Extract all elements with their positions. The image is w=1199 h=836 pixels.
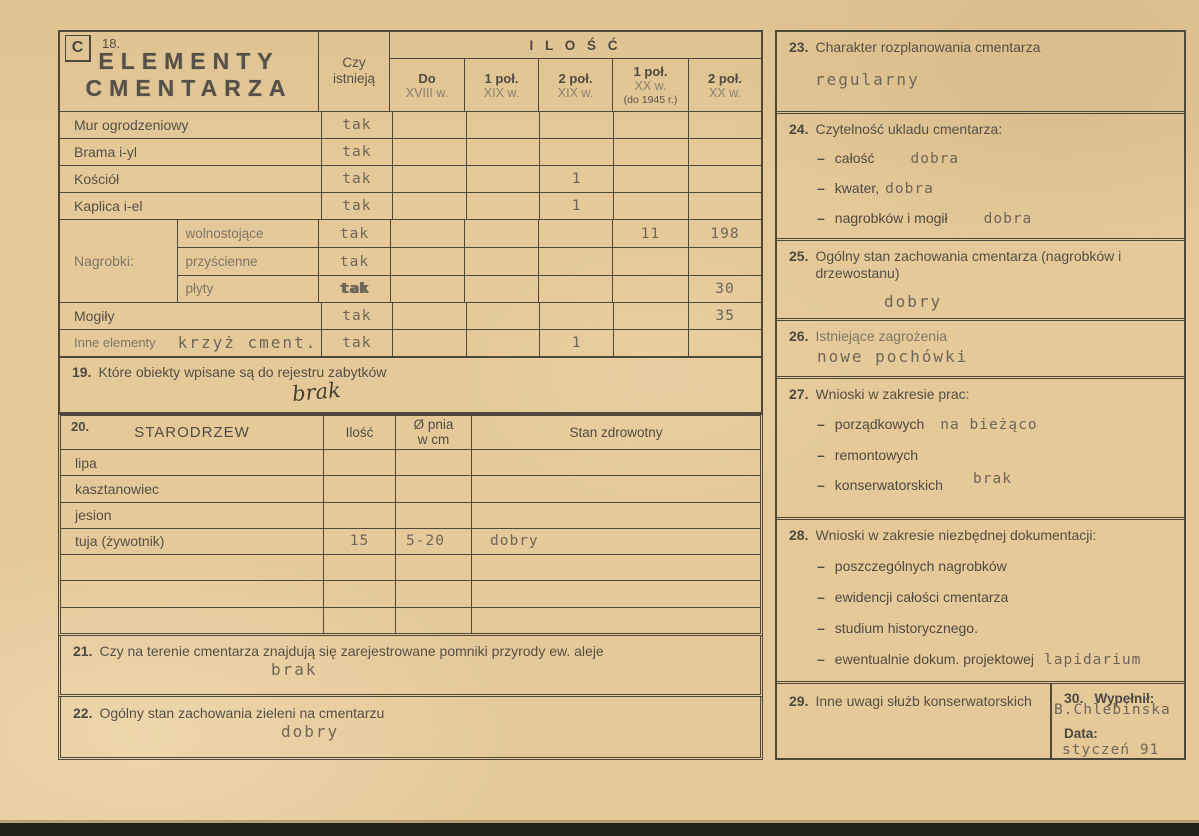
group-label: Nagrobki:	[60, 220, 177, 302]
section-27: 27. Wnioski w zakresie prac: porządkowyc…	[777, 376, 1184, 517]
column-header-period-2: 1 poł. XIX w.	[464, 59, 538, 111]
table-row: przyścienne tak	[178, 247, 762, 274]
date-label: Data:	[1064, 726, 1180, 741]
scanned-form-page: C 18. ELEMENTY CMENTARZA Czy istnieją I …	[0, 0, 1199, 836]
section-number: 28.	[789, 527, 808, 543]
table-row: Mogiły tak 35	[60, 302, 761, 329]
row-label: wolnostojące	[178, 220, 319, 247]
quantity-header: I L O Ś Ć	[390, 32, 761, 58]
typed-entry: dobra	[910, 151, 959, 167]
typed-entry: dobra	[984, 211, 1033, 227]
starodrzew-row	[61, 554, 760, 580]
row-label: Mur ogrodzeniowy	[60, 112, 321, 138]
list-item: kwater, dobra	[817, 180, 1176, 197]
section-number: 23.	[789, 39, 808, 55]
table-row: wolnostojące tak 11 198	[178, 220, 762, 247]
list-item: studium historycznego.	[817, 620, 1176, 636]
starodrzew-row	[61, 607, 760, 633]
section-24: 24. Czytelność ukladu cmentarza: całość …	[777, 111, 1184, 238]
row-label: Kaplica i-el	[60, 193, 321, 219]
exists-value: tak	[340, 254, 369, 270]
starodrzew-row: lipa	[61, 449, 760, 475]
section-number: 26.	[789, 328, 808, 344]
left-form: C 18. ELEMENTY CMENTARZA Czy istnieją I …	[58, 30, 763, 760]
period-value: 1	[572, 171, 582, 187]
section-21: 21. Czy na terenie cmentarza znajdują si…	[58, 636, 763, 697]
section-number: 24.	[789, 121, 808, 137]
species-label: lipa	[61, 450, 323, 475]
section-28: 28. Wnioski w zakresie niezbędnej dokume…	[777, 517, 1184, 681]
table-row: Brama i-yl tak	[60, 138, 761, 165]
section-number: 29.	[789, 693, 808, 709]
starodrzew-row	[61, 580, 760, 606]
handwritten-entry: brak	[291, 378, 342, 406]
form-title-line1: ELEMENTY	[60, 48, 318, 75]
section-26: 26. Istniejące zagrożenia nowe pochówki	[777, 318, 1184, 377]
species-label: kasztanowiec	[61, 476, 323, 501]
exists-value: tak	[342, 144, 371, 160]
species-label	[61, 581, 323, 606]
row-label: Inne elementy	[74, 335, 156, 350]
species-label	[61, 555, 323, 580]
column-header-diameter: Ø pnia w cm	[395, 416, 471, 449]
table-row: płyty tak 30	[178, 275, 762, 302]
starodrzew-table: 20. STARODRZEW Ilość Ø pnia w cm Stan zd…	[58, 414, 763, 636]
right-form: 23. Charakter rozplanowania cmentarza re…	[775, 30, 1186, 760]
section-label: Czytelność ukladu cmentarza:	[815, 121, 1002, 137]
period-value: 11	[641, 226, 660, 242]
column-header-exists: Czy istnieją	[318, 32, 389, 111]
section-number: 25.	[789, 248, 808, 264]
section-29: 29. Inne uwagi służb konserwatorskich	[777, 684, 1050, 758]
starodrzew-header: 20. STARODRZEW Ilość Ø pnia w cm Stan zd…	[61, 416, 760, 449]
section-label: Ogólny stan zachowania cmentarza (nagrob…	[815, 248, 1165, 282]
row-label: przyścienne	[178, 248, 319, 274]
section-number: 22.	[73, 705, 92, 721]
table-row: Inne elementy krzyż cment. tak 1	[60, 329, 761, 356]
section-23: 23. Charakter rozplanowania cmentarza re…	[777, 32, 1184, 111]
list-item: ewidencji całości cmentarza	[817, 589, 1176, 605]
list-item: nagrobków i mogił dobra	[817, 210, 1176, 227]
table-row: Kaplica i-el tak 1	[60, 192, 761, 219]
column-header-count: Ilość	[323, 416, 395, 449]
exists-value: tak	[342, 171, 371, 187]
typed-entry: na bieżąco	[940, 417, 1037, 433]
list-item: całość dobra	[817, 150, 1176, 167]
section-25: 25. Ogólny stan zachowania cmentarza (na…	[777, 238, 1184, 317]
section-number: 19.	[72, 364, 91, 380]
period-value: 30	[715, 281, 734, 297]
typed-entry: dobra	[885, 181, 934, 197]
column-header-period-1: Do XVIII w.	[390, 59, 464, 111]
species-label	[61, 608, 323, 633]
section-label: Czy na terenie cmentarza znajdują się za…	[99, 643, 603, 659]
column-header-period-4: 1 poł. XX w. (do 1945 r.)	[612, 59, 688, 111]
typed-entry: dobry	[281, 722, 339, 741]
list-item: poszczególnych nagrobków	[817, 558, 1176, 574]
section-label: Wnioski w zakresie prac:	[815, 386, 969, 402]
nagrobki-group: Nagrobki: wolnostojące tak 11 198 przyśc…	[60, 219, 761, 302]
exists-value: tak	[340, 226, 369, 242]
exists-value: tak	[342, 308, 371, 324]
elements-table-header: C 18. ELEMENTY CMENTARZA Czy istnieją I …	[60, 32, 761, 111]
exists-value: tak	[342, 198, 371, 214]
table-row: Kościół tak 1	[60, 165, 761, 192]
title-cell: C 18. ELEMENTY CMENTARZA	[60, 32, 318, 111]
section-label: Charakter rozplanowania cmentarza	[815, 39, 1040, 55]
section-29-30: 29. Inne uwagi służb konserwatorskich 30…	[777, 681, 1184, 758]
species-label: jesion	[61, 503, 323, 528]
list-item: porządkowych na bieżąco	[817, 416, 1176, 433]
section-label: Inne uwagi służb konserwatorskich	[815, 693, 1031, 709]
section-number: 21.	[73, 643, 92, 659]
elements-table: C 18. ELEMENTY CMENTARZA Czy istnieją I …	[58, 30, 763, 358]
typed-entry: regularny	[815, 70, 920, 89]
column-header-period-3: 2 poł. XIX w.	[538, 59, 612, 111]
period-value: 198	[710, 226, 739, 242]
date-value: styczeń 91	[1062, 742, 1159, 758]
section-label: Ogólny stan zachowania zieleni na cmenta…	[99, 705, 384, 721]
table-row: Mur ogrodzeniowy tak	[60, 111, 761, 138]
section-19: 19. Które obiekty wpisane są do rejestru…	[58, 358, 763, 414]
typed-entry: lapidarium	[1044, 652, 1141, 668]
starodrzew-row: kasztanowiec	[61, 475, 760, 501]
period-value: 1	[572, 198, 582, 214]
exists-value: tak	[342, 335, 371, 351]
filled-by-value: B.Chlebinska	[1054, 702, 1180, 718]
starodrzew-row: tuja (żywotnik) 15 5-20 dobry	[61, 528, 760, 554]
section-number: 27.	[789, 386, 808, 402]
typed-entry: brak	[973, 471, 1012, 487]
exists-value: tak	[342, 117, 371, 133]
period-value: 1	[572, 335, 582, 351]
column-header-health: Stan zdrowotny	[471, 416, 760, 449]
section-30: 30. Wypełnił: B.Chlebinska Data: styczeń…	[1050, 684, 1184, 758]
section-22: 22. Ogólny stan zachowania zieleni na cm…	[58, 697, 763, 760]
section-number: 20.	[71, 419, 89, 434]
period-value: 35	[715, 308, 734, 324]
species-label: tuja (żywotnik)	[61, 529, 323, 554]
column-group-quantity: I L O Ś Ć Do XVIII w. 1 poł. XIX w. 2 po…	[389, 32, 761, 111]
row-label: Kościół	[60, 166, 321, 192]
typed-entry: dobry	[884, 292, 942, 311]
typed-entry: brak	[271, 660, 318, 679]
column-header-period-5: 2 poł. XX w.	[688, 59, 761, 111]
row-label: płyty	[178, 276, 319, 302]
section-label: Wnioski w zakresie niezbędnej dokumentac…	[815, 527, 1096, 543]
list-item: remontowych	[817, 447, 1176, 463]
form-title-stamp: ELEMENTY CMENTARZA	[60, 48, 318, 102]
scan-bottom-edge	[0, 823, 1199, 836]
period-header-row: Do XVIII w. 1 poł. XIX w. 2 poł. XIX w.	[390, 58, 761, 111]
form-title-line2: CMENTARZA	[60, 75, 318, 102]
section-label: Które obiekty wpisane są do rejestru zab…	[98, 364, 386, 380]
typed-entry: nowe pochówki	[817, 347, 968, 366]
typed-entry: krzyż cment.	[178, 333, 318, 352]
row-label: Brama i-yl	[60, 139, 321, 165]
row-label: Mogiły	[60, 303, 321, 329]
section-label: Istniejące zagrożenia	[815, 328, 947, 344]
starodrzew-row: jesion	[61, 502, 760, 528]
exists-value: tak	[340, 281, 369, 297]
row-label-with-typed: Inne elementy krzyż cment.	[60, 330, 321, 356]
starodrzew-title: STARODRZEW	[134, 424, 250, 441]
list-item: ewentualnie dokum. projektowej lapidariu…	[817, 651, 1176, 668]
